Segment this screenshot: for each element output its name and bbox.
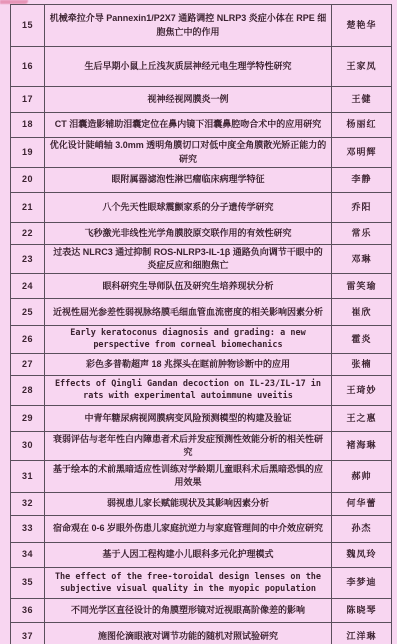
paper-title-cell: 弱视患儿家长赋能现状及其影响因素分析 bbox=[45, 492, 332, 515]
author-cell: 郝帅 bbox=[332, 460, 392, 492]
author-cell: 何华蕾 bbox=[332, 492, 392, 515]
paper-title-cell: 近视性屈光参差性弱视脉络膜毛细血管血流密度的相关影响因素分析 bbox=[45, 299, 332, 326]
paper-title-cell: 眼附属器滤泡性淋巴瘤临床病理学特征 bbox=[45, 168, 332, 193]
table-row: 15机械牵拉介导 Pannexin1/P2X7 通路调控 NLRP3 炎症小体在… bbox=[11, 5, 392, 47]
author-cell: 霍炎 bbox=[332, 326, 392, 354]
row-number-cell: 19 bbox=[11, 138, 45, 168]
table-row: 29中青年糖尿病视网膜病变风险预测模型的构建及验证王之惠 bbox=[11, 405, 392, 431]
table-row: 17视神经视网膜炎一例王健 bbox=[11, 87, 392, 113]
table-row: 16生后早期小鼠上丘浅灰质层神经元电生理学特性研究王家凤 bbox=[11, 47, 392, 87]
row-number-cell: 23 bbox=[11, 245, 45, 274]
paper-title-cell: The effect of the free-toroidal design l… bbox=[45, 567, 332, 598]
table-row: 25近视性屈光参差性弱视脉络膜毛细血管血流密度的相关影响因素分析崔欣 bbox=[11, 299, 392, 326]
author-cell: 孙杰 bbox=[332, 515, 392, 542]
author-cell: 雷笑瑜 bbox=[332, 274, 392, 299]
author-cell: 陈晓琴 bbox=[332, 598, 392, 622]
row-number-cell: 15 bbox=[11, 5, 45, 47]
paper-title-cell: CT 泪囊造影辅助泪囊定位在鼻内镜下泪囊鼻腔吻合术中的应用研究 bbox=[45, 113, 332, 138]
paper-title-cell: 中青年糖尿病视网膜病变风险预测模型的构建及验证 bbox=[45, 405, 332, 431]
paper-title-cell: Effects of Qingli Gandan decoction on IL… bbox=[45, 375, 332, 405]
row-number-cell: 29 bbox=[11, 405, 45, 431]
table-row: 32弱视患儿家长赋能现状及其影响因素分析何华蕾 bbox=[11, 492, 392, 515]
table-row: 22飞秒激光非线性光学角膜胶原交联作用的有效性研究常乐 bbox=[11, 223, 392, 245]
row-number-cell: 34 bbox=[11, 542, 45, 567]
author-cell: 邓明辉 bbox=[332, 138, 392, 168]
author-cell: 乔阳 bbox=[332, 193, 392, 223]
row-number-cell: 22 bbox=[11, 223, 45, 245]
table-row: 19优化设计陡峭轴 3.0mm 透明角膜切口对低中度全角膜散光矫正能力的研究邓明… bbox=[11, 138, 392, 168]
row-number-cell: 36 bbox=[11, 598, 45, 622]
row-number-cell: 20 bbox=[11, 168, 45, 193]
table-row: 33宿命观在 0-6 岁眼外伤患儿家庭抗逆力与家庭管理间的中介效应研究孙杰 bbox=[11, 515, 392, 542]
paper-title-cell: 衰弱评估与老年性白内障患者术后并发症预测性效能分析的相关性研究 bbox=[45, 431, 332, 460]
author-cell: 江洋琳 bbox=[332, 622, 392, 644]
paper-title-cell: 视神经视网膜炎一例 bbox=[45, 87, 332, 113]
row-number-cell: 30 bbox=[11, 431, 45, 460]
author-cell: 王健 bbox=[332, 87, 392, 113]
paper-title-cell: 机械牵拉介导 Pannexin1/P2X7 通路调控 NLRP3 炎症小体在 R… bbox=[45, 5, 332, 47]
table-row: 37施图伦滴眼液对调节功能的随机对照试验研究江洋琳 bbox=[11, 622, 392, 644]
author-cell: 杨丽红 bbox=[332, 113, 392, 138]
row-number-cell: 35 bbox=[11, 567, 45, 598]
row-number-cell: 37 bbox=[11, 622, 45, 644]
author-cell: 魏凤玲 bbox=[332, 542, 392, 567]
author-cell: 楚艳华 bbox=[332, 5, 392, 47]
paper-title-cell: 优化设计陡峭轴 3.0mm 透明角膜切口对低中度全角膜散光矫正能力的研究 bbox=[45, 138, 332, 168]
table-row: 30衰弱评估与老年性白内障患者术后并发症预测性效能分析的相关性研究褚海琳 bbox=[11, 431, 392, 460]
paper-title-cell: 基于绘本的术前黑暗适应性训练对学龄期儿童眼科术后黑暗恐惧的应用效果 bbox=[45, 460, 332, 492]
table-row: 36不同光学区直径设计的角膜塑形镜对近视眼高阶像差的影响陈晓琴 bbox=[11, 598, 392, 622]
table-row: 34基于人因工程构建小儿眼科多元化护理模式魏凤玲 bbox=[11, 542, 392, 567]
paper-title-cell: 不同光学区直径设计的角膜塑形镜对近视眼高阶像差的影响 bbox=[45, 598, 332, 622]
table-row: 20眼附属器滤泡性淋巴瘤临床病理学特征李静 bbox=[11, 168, 392, 193]
scanned-program-page: 15机械牵拉介导 Pannexin1/P2X7 通路调控 NLRP3 炎症小体在… bbox=[0, 0, 397, 644]
table-row: 23过表达 NLRC3 通过抑制 ROS-NLRP3-IL-1β 通路负向调节干… bbox=[11, 245, 392, 274]
row-number-cell: 25 bbox=[11, 299, 45, 326]
author-cell: 王琦妙 bbox=[332, 375, 392, 405]
paper-title-cell: 施图伦滴眼液对调节功能的随机对照试验研究 bbox=[45, 622, 332, 644]
row-number-cell: 27 bbox=[11, 353, 45, 375]
paper-title-cell: 过表达 NLRC3 通过抑制 ROS-NLRP3-IL-1β 通路负向调节干眼中… bbox=[45, 245, 332, 274]
presentation-list-table: 15机械牵拉介导 Pannexin1/P2X7 通路调控 NLRP3 炎症小体在… bbox=[10, 4, 392, 644]
author-cell: 张楠 bbox=[332, 353, 392, 375]
paper-title-cell: 八个先天性眼球震颤家系的分子遗传学研究 bbox=[45, 193, 332, 223]
table-body: 15机械牵拉介导 Pannexin1/P2X7 通路调控 NLRP3 炎症小体在… bbox=[11, 5, 392, 644]
paper-title-cell: 生后早期小鼠上丘浅灰质层神经元电生理学特性研究 bbox=[45, 47, 332, 87]
row-number-cell: 32 bbox=[11, 492, 45, 515]
paper-title-cell: 宿命观在 0-6 岁眼外伤患儿家庭抗逆力与家庭管理间的中介效应研究 bbox=[45, 515, 332, 542]
author-cell: 常乐 bbox=[332, 223, 392, 245]
author-cell: 李静 bbox=[332, 168, 392, 193]
paper-title-cell: 彩色多普勒超声 18 兆探头在眶前肿物诊断中的应用 bbox=[45, 353, 332, 375]
row-number-cell: 18 bbox=[11, 113, 45, 138]
table-row: 24眼科研究生导师队伍及研究生培养现状分析雷笑瑜 bbox=[11, 274, 392, 299]
author-cell: 邓琳 bbox=[332, 245, 392, 274]
table-row: 21八个先天性眼球震颤家系的分子遗传学研究乔阳 bbox=[11, 193, 392, 223]
author-cell: 崔欣 bbox=[332, 299, 392, 326]
row-number-cell: 21 bbox=[11, 193, 45, 223]
paper-title-cell: 基于人因工程构建小儿眼科多元化护理模式 bbox=[45, 542, 332, 567]
author-cell: 王家凤 bbox=[332, 47, 392, 87]
row-number-cell: 16 bbox=[11, 47, 45, 87]
author-cell: 李梦迪 bbox=[332, 567, 392, 598]
paper-title-cell: 飞秒激光非线性光学角膜胶原交联作用的有效性研究 bbox=[45, 223, 332, 245]
row-number-cell: 31 bbox=[11, 460, 45, 492]
row-number-cell: 26 bbox=[11, 326, 45, 354]
row-number-cell: 28 bbox=[11, 375, 45, 405]
author-cell: 王之惠 bbox=[332, 405, 392, 431]
table-row: 18CT 泪囊造影辅助泪囊定位在鼻内镜下泪囊鼻腔吻合术中的应用研究杨丽红 bbox=[11, 113, 392, 138]
table-row: 27彩色多普勒超声 18 兆探头在眶前肿物诊断中的应用张楠 bbox=[11, 353, 392, 375]
paper-title-cell: Early keratoconus diagnosis and grading:… bbox=[45, 326, 332, 354]
table-row: 28Effects of Qingli Gandan decoction on … bbox=[11, 375, 392, 405]
row-number-cell: 24 bbox=[11, 274, 45, 299]
table-row: 26Early keratoconus diagnosis and gradin… bbox=[11, 326, 392, 354]
row-number-cell: 17 bbox=[11, 87, 45, 113]
author-cell: 褚海琳 bbox=[332, 431, 392, 460]
paper-title-cell: 眼科研究生导师队伍及研究生培养现状分析 bbox=[45, 274, 332, 299]
table-row: 31基于绘本的术前黑暗适应性训练对学龄期儿童眼科术后黑暗恐惧的应用效果郝帅 bbox=[11, 460, 392, 492]
row-number-cell: 33 bbox=[11, 515, 45, 542]
table-row: 35The effect of the free-toroidal design… bbox=[11, 567, 392, 598]
